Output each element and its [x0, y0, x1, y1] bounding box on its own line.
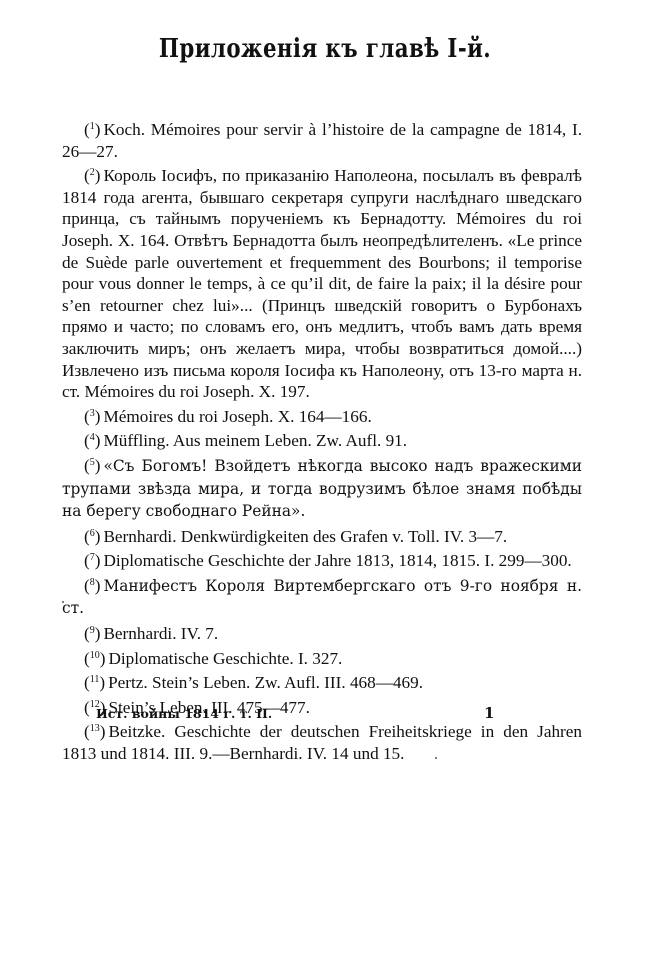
footnote-number: 4 — [90, 432, 95, 443]
footnotes-list: (1)Koch. Mémoires pour servir à l’histoi… — [62, 116, 582, 765]
footnote-text: Beitzke. Geschichte der deutschen Freihe… — [62, 722, 582, 763]
footnote-number: 8 — [90, 577, 95, 588]
footnote-number: 11 — [90, 674, 100, 685]
footnote-8: (8)Манифестъ Короля Виртембергскаго отъ … — [62, 572, 582, 620]
footnote-text: Müffling. Aus meinem Leben. Zw. Aufl. 91… — [103, 431, 407, 450]
footnote-10: (10)Diplomatische Geschichte. I. 327. — [62, 645, 582, 670]
footnote-9: (9)Bernhardi. IV. 7. — [62, 620, 582, 645]
footnote-number: 10 — [90, 650, 100, 661]
footnote-3: (3)Mémoires du roi Joseph. X. 164—166. — [62, 403, 582, 428]
footnote-text: Король Іосифъ, по приказанію Наполеона, … — [62, 166, 582, 401]
footnote-number: 7 — [90, 552, 95, 563]
footnote-number: 2 — [90, 167, 95, 178]
footnote-text: Koch. Mémoires pour servir à l’histoire … — [62, 120, 582, 161]
footnote-text: Mémoires du roi Joseph. X. 164—166. — [103, 407, 371, 426]
footnote-number: 6 — [90, 528, 95, 539]
document-page: Приложенія къ главѣ I-й. (1)Koch. Mémoir… — [0, 0, 650, 970]
footnote-number: 3 — [90, 408, 95, 419]
footnote-5: (5)«Съ Богомъ! Взойдетъ нѣкогда высоко н… — [62, 452, 582, 523]
footnote-text: «Съ Богомъ! Взойдетъ нѣкогда высоко надъ… — [62, 457, 582, 520]
scan-speck — [62, 601, 64, 603]
footnote-number: 1 — [90, 121, 95, 132]
footnote-4: (4)Müffling. Aus meinem Leben. Zw. Aufl.… — [62, 427, 582, 452]
sheet-number: 1 — [484, 704, 494, 722]
footnote-text: Pertz. Stein’s Leben. Zw. Aufl. III. 468… — [108, 673, 423, 692]
signature-mark: Ист. войны 1814 г. т. II. — [96, 706, 272, 721]
footnote-text: Bernhardi. Denkwürdigkeiten des Grafen v… — [103, 527, 507, 546]
footnote-number: 13 — [90, 723, 100, 734]
scan-speck — [435, 757, 437, 759]
footnote-text: Diplomatische Geschichte der Jahre 1813,… — [103, 551, 571, 570]
footnote-number: 9 — [90, 625, 95, 636]
footnote-11: (11)Pertz. Stein’s Leben. Zw. Aufl. III.… — [62, 669, 582, 694]
footnote-2: (2)Король Іосифъ, по приказанію Наполеон… — [62, 162, 582, 403]
footnote-text: Bernhardi. IV. 7. — [103, 624, 218, 643]
footnote-13: (13)Beitzke. Geschichte der deutschen Fr… — [62, 718, 582, 764]
footnote-text: Манифестъ Короля Виртембергскаго отъ 9-г… — [62, 577, 582, 618]
footnote-text: Diplomatische Geschichte. I. 327. — [108, 649, 342, 668]
page-title: Приложенія къ главѣ I-й. — [59, 34, 592, 64]
footnote-number: 5 — [90, 457, 95, 468]
footnote-6: (6)Bernhardi. Denkwürdigkeiten des Grafe… — [62, 523, 582, 548]
footnote-1: (1)Koch. Mémoires pour servir à l’histoi… — [62, 116, 582, 162]
footnote-7: (7)Diplomatische Geschichte der Jahre 18… — [62, 547, 582, 572]
